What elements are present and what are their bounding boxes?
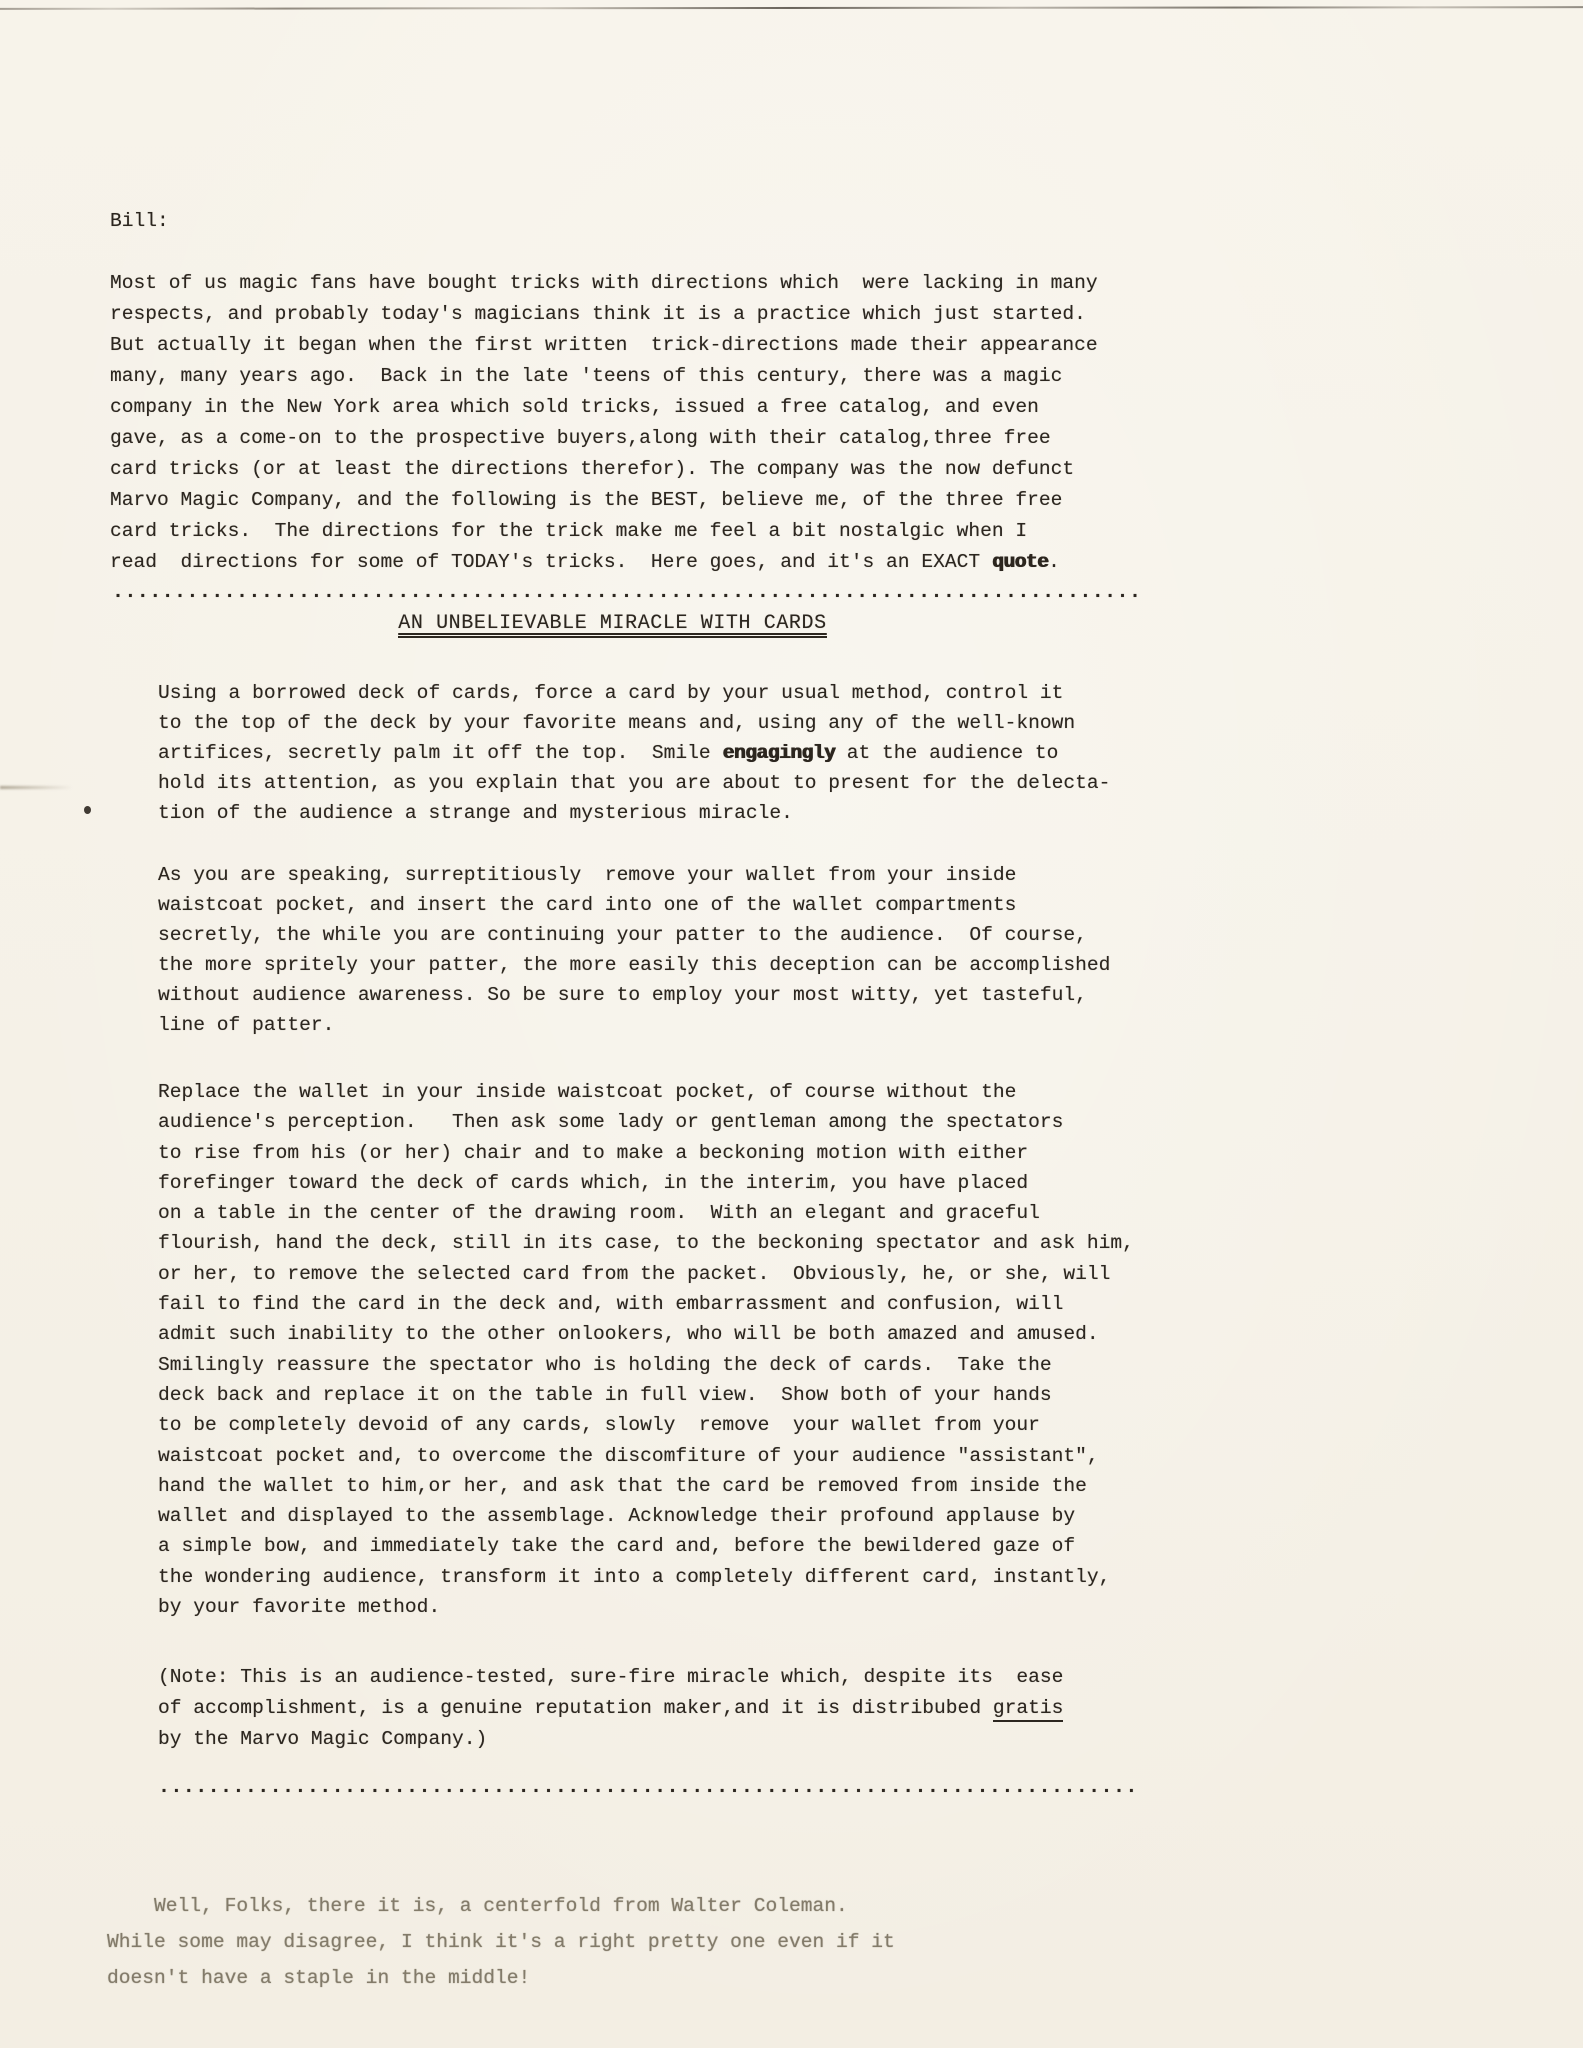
- trick-paragraph-1: Using a borrowed deck of cards, force a …: [158, 678, 1110, 828]
- text-line: by your favorite method.: [158, 1592, 1134, 1622]
- text-line: a simple bow, and immediately take the c…: [158, 1531, 1134, 1561]
- text-line: or her, to remove the selected card from…: [158, 1259, 1134, 1289]
- text-line: without audience awareness. So be sure t…: [158, 980, 1110, 1010]
- text-line: card tricks. The directions for the tric…: [110, 516, 1098, 547]
- text-line: While some may disagree, I think it's a …: [107, 1924, 895, 1960]
- text-line: flourish, hand the deck, still in its ca…: [158, 1228, 1134, 1258]
- dotted-divider-bottom: ........................................…: [158, 1778, 1138, 1798]
- text-line: waistcoat pocket, and insert the card in…: [158, 890, 1110, 920]
- text-line: line of patter.: [158, 1010, 1110, 1040]
- text-line: Replace the wallet in your inside waistc…: [158, 1077, 1134, 1107]
- text-line: secretly, the while you are continuing y…: [158, 920, 1110, 950]
- text-line: Most of us magic fans have bought tricks…: [110, 268, 1098, 299]
- text-line: wallet and displayed to the assemblage. …: [158, 1501, 1134, 1531]
- text-line: Well, Folks, there it is, a centerfold f…: [107, 1888, 895, 1924]
- text-line: read directions for some of TODAY's tric…: [110, 547, 1098, 578]
- text-line: company in the New York area which sold …: [110, 392, 1098, 423]
- overtyped-word: engagingly: [722, 742, 835, 764]
- scanned-letter-page: Bill: Most of us magic fans have bought …: [0, 0, 1583, 2048]
- line-segment: of accomplishment, is a genuine reputati…: [158, 1697, 993, 1719]
- text-line: doesn't have a staple in the middle!: [107, 1960, 895, 1996]
- text-line: to the top of the deck by your favorite …: [158, 708, 1110, 738]
- section-heading: AN UNBELIEVABLE MIRACLE WITH CARDS: [398, 612, 826, 638]
- text-line: admit such inability to the other onlook…: [158, 1319, 1134, 1349]
- text-line: the more spritely your patter, the more …: [158, 950, 1110, 980]
- note-paragraph: (Note: This is an audience-tested, sure-…: [158, 1662, 1063, 1755]
- text-line: But actually it began when the first wri…: [110, 330, 1098, 361]
- trick-paragraph-3: Replace the wallet in your inside waistc…: [158, 1077, 1134, 1622]
- crease-mark: [0, 786, 72, 789]
- text-line: deck back and replace it on the table in…: [158, 1380, 1134, 1410]
- intro-paragraph: Most of us magic fans have bought tricks…: [110, 268, 1098, 578]
- text-line: gave, as a come-on to the prospective bu…: [110, 423, 1098, 454]
- text-line: fail to find the card in the deck and, w…: [158, 1289, 1134, 1319]
- line-segment: read directions for some of TODAY's tric…: [110, 551, 992, 573]
- dotted-divider-top: ........................................…: [112, 583, 1141, 603]
- ink-dot-artifact: [84, 806, 91, 814]
- text-line: to be completely devoid of any cards, sl…: [158, 1410, 1134, 1440]
- closing-note: Well, Folks, there it is, a centerfold f…: [107, 1888, 895, 1996]
- text-line: As you are speaking, surreptitiously rem…: [158, 860, 1110, 890]
- text-line: respects, and probably today's magicians…: [110, 299, 1098, 330]
- underlined-word: gratis: [993, 1697, 1064, 1722]
- line-segment: .: [1048, 551, 1060, 573]
- text-line: (Note: This is an audience-tested, sure-…: [158, 1662, 1063, 1693]
- overtyped-word: quote: [992, 551, 1048, 573]
- text-line: tion of the audience a strange and myste…: [158, 798, 1110, 828]
- salutation: Bill:: [110, 206, 169, 237]
- text-line: the wondering audience, transform it int…: [158, 1562, 1134, 1592]
- text-line: Using a borrowed deck of cards, force a …: [158, 678, 1110, 708]
- trick-paragraph-2: As you are speaking, surreptitiously rem…: [158, 860, 1110, 1040]
- text-line: Smilingly reassure the spectator who is …: [158, 1350, 1134, 1380]
- text-line: artifices, secretly palm it off the top.…: [158, 738, 1110, 768]
- text-line: to rise from his (or her) chair and to m…: [158, 1138, 1134, 1168]
- text-line: Marvo Magic Company, and the following i…: [110, 485, 1098, 516]
- text-line: waistcoat pocket and, to overcome the di…: [158, 1441, 1134, 1471]
- line-segment: at the audience to: [835, 742, 1058, 764]
- text-line: forefinger toward the deck of cards whic…: [158, 1168, 1134, 1198]
- text-line: audience's perception. Then ask some lad…: [158, 1107, 1134, 1137]
- text-line: card tricks (or at least the directions …: [110, 454, 1098, 485]
- line-segment: artifices, secretly palm it off the top.…: [158, 742, 722, 764]
- scan-edge-artifact: [0, 6, 1583, 10]
- text-line: of accomplishment, is a genuine reputati…: [158, 1693, 1063, 1724]
- text-line: hold its attention, as you explain that …: [158, 768, 1110, 798]
- heading-row: AN UNBELIEVABLE MIRACLE WITH CARDS: [110, 612, 1115, 638]
- text-line: many, many years ago. Back in the late '…: [110, 361, 1098, 392]
- text-line: hand the wallet to him,or her, and ask t…: [158, 1471, 1134, 1501]
- text-line: on a table in the center of the drawing …: [158, 1198, 1134, 1228]
- text-line: by the Marvo Magic Company.): [158, 1724, 1063, 1755]
